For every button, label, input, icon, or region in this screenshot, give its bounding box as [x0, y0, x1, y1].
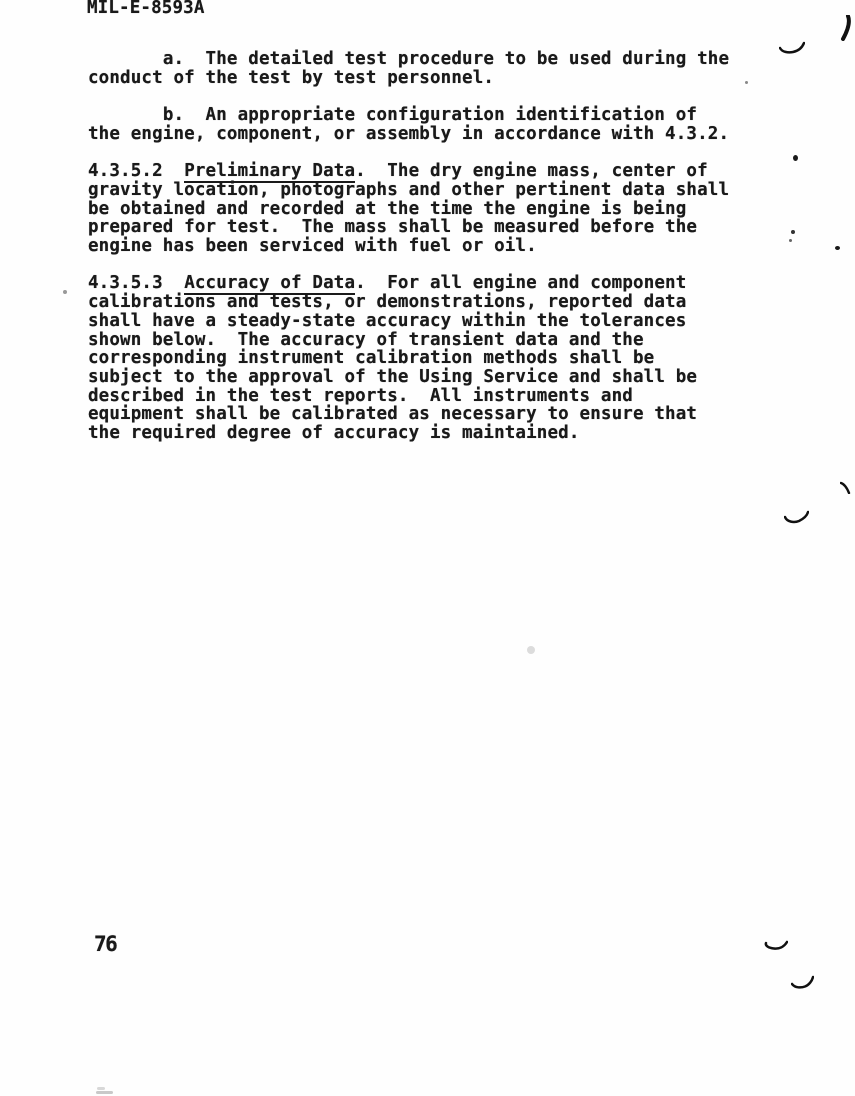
section-4-3-5-2: 4.3.5.2 Preliminary Data. The dry engine… [88, 162, 808, 256]
page-number: 76 [94, 934, 116, 955]
pen-curve-mark [784, 508, 809, 525]
list-item-b: b. An appropriate configuration identifi… [88, 106, 808, 143]
scan-speck [789, 239, 792, 242]
scan-speck [527, 646, 535, 654]
scan-speck [793, 155, 798, 161]
section-text: . For all engine and component calibrati… [88, 273, 697, 443]
pen-curve-mark [779, 40, 805, 55]
scan-smudge [97, 1087, 105, 1090]
section-4-3-5-3: 4.3.5.3 Accuracy of Data. For all engine… [88, 274, 808, 442]
section-number: 4.3.5.2 [88, 161, 184, 181]
pen-curve-mark [764, 937, 788, 952]
document-body: a. The detailed test procedure to be use… [88, 50, 808, 443]
scan-speck [835, 246, 840, 250]
pen-tick-mark [840, 481, 851, 494]
scan-speck [63, 290, 67, 294]
document-number-header: MIL-E-8593A [87, 0, 205, 18]
scan-speck [745, 81, 748, 84]
pen-curve-mark [791, 974, 814, 990]
document-page: MIL-E-8593A a. The detailed test procedu… [0, 0, 855, 1096]
list-item-a: a. The detailed test procedure to be use… [88, 50, 808, 87]
scan-smudge [96, 1091, 113, 1094]
section-number: 4.3.5.3 [88, 273, 184, 293]
scan-speck [791, 230, 795, 234]
pen-stroke-mark [840, 15, 854, 41]
